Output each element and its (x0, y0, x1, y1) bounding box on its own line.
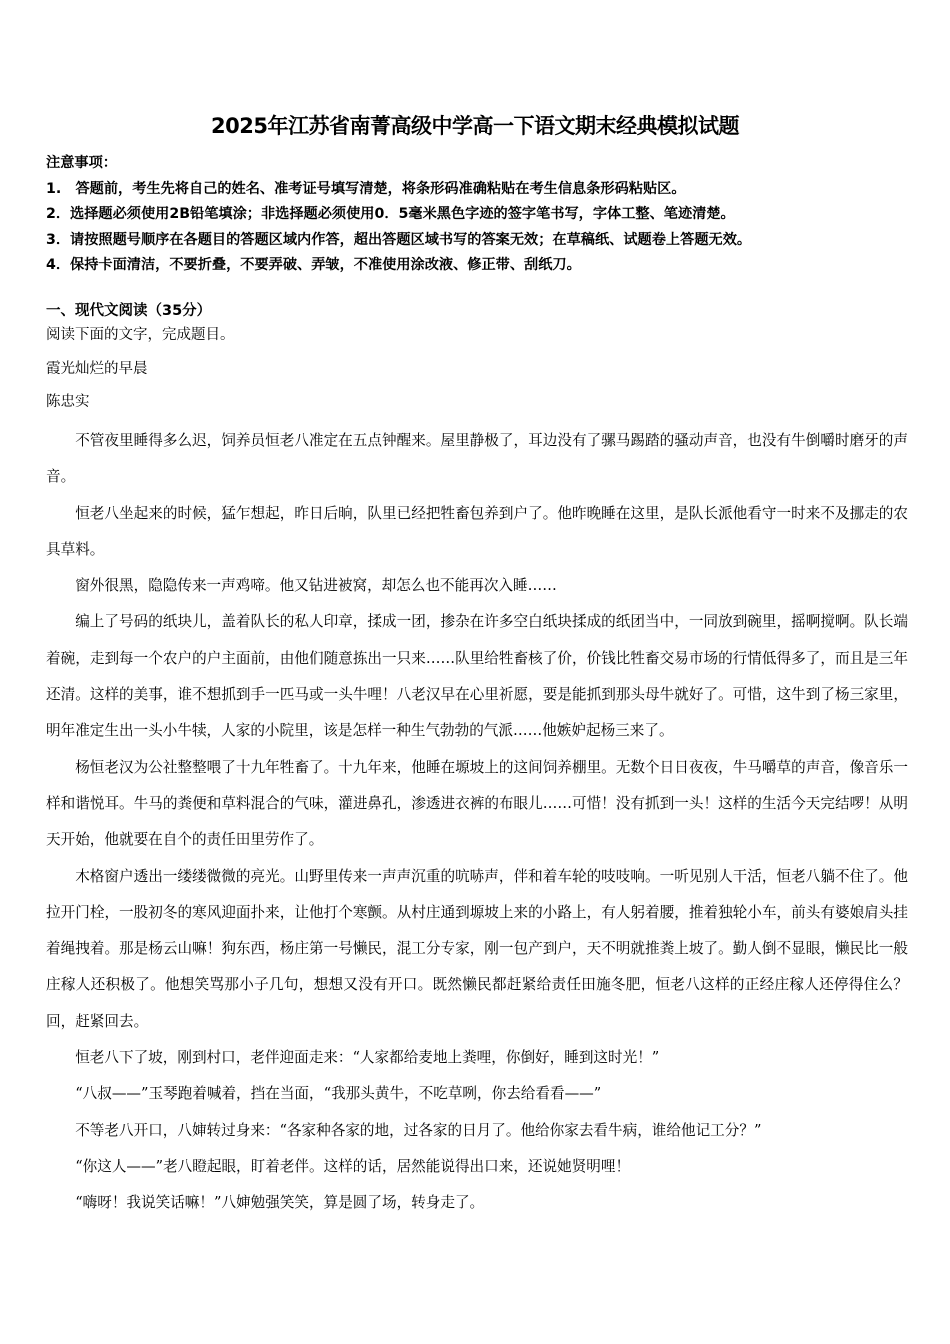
section-heading: 一、现代文阅读（35分） (46, 300, 211, 322)
notice-heading: 注意事项： (46, 151, 916, 177)
document-page: 2025年江苏省南菁高级中学高一下语文期末经典模拟试题 注意事项： 1. 答题前… (0, 0, 950, 1344)
story-body: 不管夜里睡得多么迟，饲养员恒老八准定在五点钟醒来。屋里静极了，耳边没有了骡马踢踏… (46, 423, 908, 1222)
story-paragraph: “八叔——”玉琴跑着喊着，挡在当面，“我那头黄牛，不吃草咧，你去给看看——” (46, 1076, 908, 1112)
story-paragraph: “你这人——”老八瞪起眼，盯着老伴。这样的话，居然能说得出口来，还说她贤明哩！ (46, 1149, 908, 1185)
document-title: 2025年江苏省南菁高级中学高一下语文期末经典模拟试题 (0, 112, 950, 140)
reading-instruction: 阅读下面的文字，完成题目。 (46, 324, 235, 346)
story-paragraph: 恒老八坐起来的时候，猛乍想起，昨日后晌，队里已经把牲畜包养到户了。他昨晚睡在这里… (46, 496, 908, 569)
story-paragraph: 窗外很黑，隐隐传来一声鸡啼。他又钻进被窝，却怎么也不能再次入睡…… (46, 568, 908, 604)
notice-item: 4．保持卡面清洁，不要折叠，不要弄破、弄皱，不准使用涂改液、修正带、刮纸刀。 (46, 253, 916, 279)
story-paragraph: “嗨呀！我说笑话嘛！”八婶勉强笑笑，算是圆了场，转身走了。 (46, 1185, 908, 1221)
notice-block: 注意事项： 1. 答题前，考生先将自己的姓名、准考证号填写清楚，将条形码准确粘贴… (46, 151, 916, 279)
story-author: 陈忠实 (46, 391, 90, 413)
story-paragraph: 杨恒老汉为公社整整喂了十九年牲畜了。十九年来，他睡在塬坡上的这间饲养棚里。无数个… (46, 750, 908, 859)
notice-item: 2．选择题必须使用2B铅笔填涂；非选择题必须使用0．5毫米黑色字迹的签字笔书写，… (46, 202, 916, 228)
story-paragraph: 恒老八下了坡，刚到村口，老伴迎面走来：“人家都给麦地上粪哩，你倒好，睡到这时光！… (46, 1040, 908, 1076)
story-title: 霞光灿烂的早晨 (46, 358, 148, 380)
notice-item: 1. 答题前，考生先将自己的姓名、准考证号填写清楚，将条形码准确粘贴在考生信息条… (46, 177, 916, 203)
story-paragraph: 编上了号码的纸块儿，盖着队长的私人印章，揉成一团，掺杂在许多空白纸块揉成的纸团当… (46, 604, 908, 749)
story-paragraph: 不等老八开口，八婶转过身来：“各家种各家的地，过各家的日月了。他给你家去看牛病，… (46, 1113, 908, 1149)
notice-item: 3．请按照题号顺序在各题目的答题区域内作答，超出答题区域书写的答案无效；在草稿纸… (46, 228, 916, 254)
story-paragraph: 不管夜里睡得多么迟，饲养员恒老八准定在五点钟醒来。屋里静极了，耳边没有了骡马踢踏… (46, 423, 908, 496)
story-paragraph: 木格窗户透出一缕缕微微的亮光。山野里传来一声声沉重的吭哧声，伴和着车轮的吱吱响。… (46, 859, 908, 1040)
